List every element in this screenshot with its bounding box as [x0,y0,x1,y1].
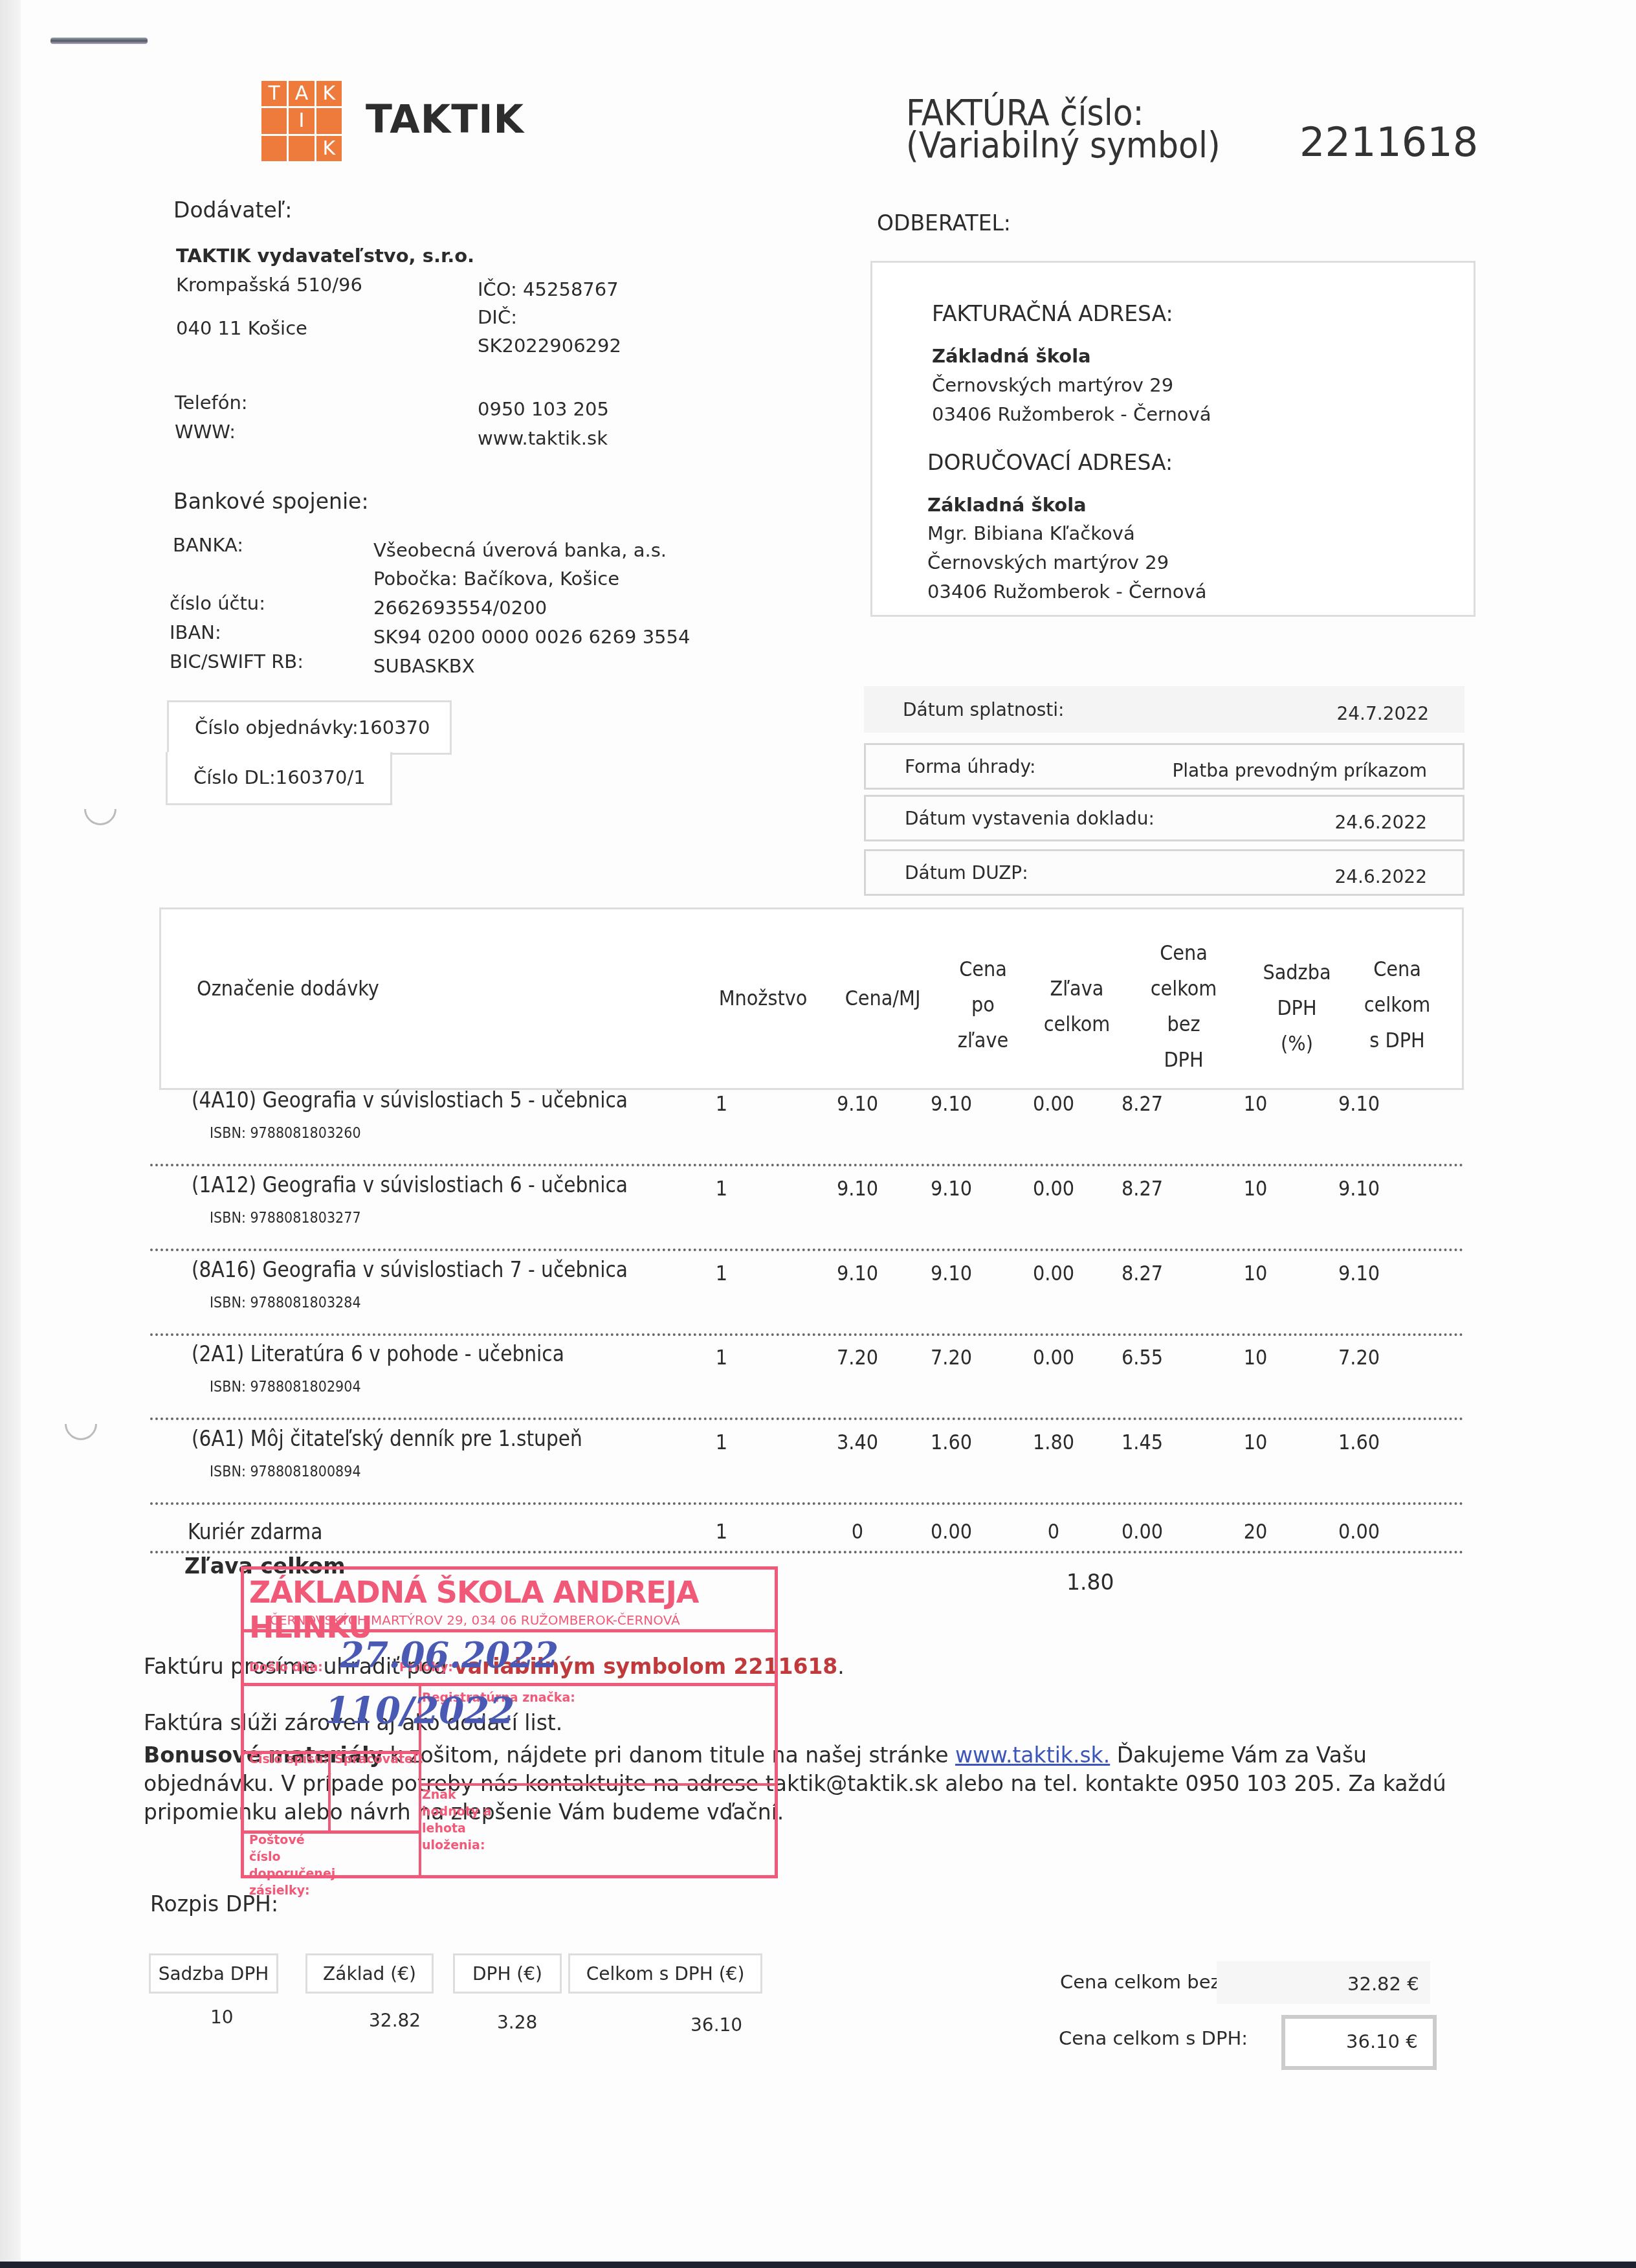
cell-qty: 1 [680,1261,764,1285]
logo-letter: A [289,81,314,106]
duzp-date-value: 24.6.2022 [1334,858,1427,887]
logo-letter [261,108,287,133]
account-number: 2662693554/0200 [373,597,547,619]
billing-name: Základná škola [932,345,1091,367]
delivery-person: Mgr. Bibiana Kľačková [927,522,1135,544]
cell-unit-price: 0 [815,1519,900,1544]
header-word: s DPH [1355,1023,1439,1058]
cell-qty: 1 [680,1091,764,1116]
items-table-header: Označenie dodávky Množstvo Cena/MJ Cena … [159,907,1464,1090]
cell-total-with-vat: 9.10 [1317,1176,1401,1201]
due-date-label: Dátum splatnosti: [903,699,1065,720]
order-number: Číslo objednávky:160370 [195,717,430,739]
cell-total-with-vat: 9.10 [1317,1261,1401,1285]
supplier-label: Dodávateľ: [173,197,292,223]
stamp-file-label: Číslo spisu: [249,1751,328,1768]
brand-name: TAKTIK [366,97,524,142]
duzp-date-label: Dátum DUZP: [905,862,1028,884]
scan-bottom-edge [0,2262,1636,2268]
cell-total-without-vat: 6.55 [1100,1345,1184,1370]
row-divider [150,1551,1464,1553]
cell-unit-price: 9.10 [815,1176,900,1201]
row-divider [150,1249,1464,1251]
punch-hole [58,1401,104,1447]
item-name: (6A1) Môj čitateľský denník pre 1.stupeň [192,1426,582,1451]
cell-vat-rate: 10 [1213,1345,1298,1370]
item-name: Kuriér zdarma [188,1519,322,1544]
supplier-city: 040 11 Košice [176,317,307,339]
cell-total-without-vat: 8.27 [1100,1261,1184,1285]
cell-unit-price: 9.10 [815,1091,900,1116]
stamp-postal-label: Poštové číslo doporučenej zásielky: [249,1832,327,1899]
supplier-ico: IČO: 45258767 [478,278,619,300]
header-word: DPH [1145,1042,1222,1078]
logo-letter [261,136,287,161]
supplier-phone: 0950 103 205 [478,398,609,420]
item-isbn: ISBN: 9788081803277 [210,1210,361,1227]
table-row: (2A1) Literatúra 6 v pohode - učebnicaIS… [150,1336,1464,1420]
scan-page-edge [0,0,21,2268]
bank-name: Všeobecná úverová banka, a.s. [373,539,667,561]
stamp-handler-label: Spracovateľ: [335,1751,424,1768]
cell-total-with-vat: 9.10 [1317,1091,1401,1116]
logo-letter: K [316,136,342,161]
issue-date-row: Dátum vystavenia dokladu: 24.6.2022 [864,795,1465,841]
cell-vat-rate: 10 [1213,1430,1298,1454]
col-header-total-without-vat: Cena celkom bez DPH [1145,935,1222,1078]
billing-address-label: FAKTURAČNÁ ADRESA: [932,301,1173,326]
cell-unit-price: 7.20 [815,1345,900,1370]
bank-branch: Pobočka: Bačíkova, Košice [373,568,619,590]
invoice-title: FAKTÚRA číslo: (Variabilný symbol) [906,97,1221,162]
item-name: (8A16) Geografia v súvislostiach 7 - uče… [192,1257,628,1282]
payment-method-label: Forma úhrady: [905,756,1036,777]
cell-price-after-discount: 7.20 [909,1345,993,1370]
item-isbn: ISBN: 9788081802904 [210,1379,361,1395]
header-word: bez [1145,1006,1222,1042]
cell-price-after-discount: 9.10 [909,1091,993,1116]
payment-method-value: Platba prevodným príkazom [1172,752,1427,781]
due-date-row: Dátum splatnosti: 24.7.2022 [864,686,1465,733]
iban-label: IBAN: [170,621,221,643]
stamp-address: ČERNOVSKÝCH MARTÝROV 29, 034 06 RUŽOMBER… [270,1612,680,1628]
cell-discount: 0 [1011,1519,1096,1544]
col-header-discount: Zľava celkom [1041,971,1112,1042]
delivery-address-label: DORUČOVACÍ ADRESA: [927,450,1173,475]
supplier-name: TAKTIK vydavateľstvo, s.r.o. [176,245,474,267]
col-header-price-after-discount: Cena po zľave [951,951,1015,1058]
item-name: (4A10) Geografia v súvislostiach 5 - uče… [192,1087,628,1113]
table-row: (1A12) Geografia v súvislostiach 6 - uče… [150,1167,1464,1251]
issue-date-label: Dátum vystavenia dokladu: [905,808,1155,829]
item-isbn: ISBN: 9788081803260 [210,1125,361,1142]
bank-section-label: Bankové spojenie: [173,489,369,514]
header-word: Cena [1355,951,1439,987]
cell-total-with-vat: 0.00 [1317,1519,1401,1544]
cell-price-after-discount: 9.10 [909,1176,993,1201]
taktik-logo: T A K I K [261,81,342,161]
payment-method-row: Forma úhrady: Platba prevodným príkazom [864,743,1465,790]
supplier-web: www.taktik.sk [478,427,608,449]
vat-header-base: Základ (€) [305,1953,434,1994]
col-header-total-with-vat: Cena celkom s DPH [1355,951,1439,1058]
invoice-title-line2: (Variabilný symbol) [906,129,1221,162]
table-row: (4A10) Geografia v súvislostiach 5 - uče… [150,1082,1464,1166]
website-link[interactable]: www.taktik.sk. [955,1742,1110,1768]
header-word: Cena [1145,935,1222,971]
cell-vat-rate: 20 [1213,1519,1298,1544]
logo-letter: T [261,81,287,106]
header-word: po [951,987,1015,1023]
cell-vat-rate: 10 [1213,1261,1298,1285]
col-header-unit-price: Cena/MJ [841,981,925,1016]
cell-vat-rate: 10 [1213,1091,1298,1116]
cell-discount: 0.00 [1011,1091,1096,1116]
cell-discount: 0.00 [1011,1176,1096,1201]
phone-label: Telefón: [175,392,248,414]
row-divider [150,1417,1464,1420]
header-word: DPH [1258,990,1336,1026]
order-number-box: Číslo objednávky:160370 [167,700,452,755]
vat-header-vat: DPH (€) [453,1953,562,1994]
col-header-vat-rate: Sadzba DPH (%) [1258,955,1336,1062]
header-word: celkom [1041,1006,1112,1042]
stamp-value-sign-label: Znak hodnoty a lehota uloženia: [422,1786,500,1854]
cell-total-without-vat: 8.27 [1100,1091,1184,1116]
iban: SK94 0200 0000 0026 6269 3554 [373,626,690,648]
bic-label: BIC/SWIFT RB: [170,650,304,673]
cell-qty: 1 [680,1430,764,1454]
staple [50,38,148,44]
stamp-received-label: Došlo dňa: [249,1659,323,1676]
item-name: (2A1) Literatúra 6 v pohode - učebnica [192,1341,564,1366]
web-label: WWW: [175,421,236,443]
logo-letter: I [289,108,314,133]
cell-total-with-vat: 1.60 [1317,1430,1401,1454]
delivery-city: 03406 Ružomberok - Černová [927,581,1206,603]
due-date-value: 24.7.2022 [1336,695,1429,724]
registry-stamp: ZÁKLADNÁ ŠKOLA ANDREJA HLINKU ČERNOVSKÝC… [241,1566,778,1878]
bonus-text: Ďakujeme Vám za Vašu [1110,1742,1367,1768]
delivery-street: Černovských martýrov 29 [927,551,1169,573]
header-word: celkom [1145,971,1222,1006]
invoice-number: 2211618 [1299,118,1478,166]
cell-total-without-vat: 8.27 [1100,1176,1184,1201]
delivery-note-number: Číslo DL:160370/1 [193,766,366,788]
bank-label: BANKA: [173,534,243,556]
account-label: číslo účtu: [170,592,265,614]
supplier-dic: SK2022906292 [478,335,621,357]
cell-unit-price: 9.10 [815,1261,900,1285]
cell-discount: 0.00 [1011,1345,1096,1370]
cell-total-without-vat: 0.00 [1100,1519,1184,1544]
vat-header-total: Celkom s DPH (€) [568,1953,762,1994]
header-word: celkom [1355,987,1439,1023]
vat-base-value: 32.82 [369,2010,421,2031]
table-row: (8A16) Geografia v súvislostiach 7 - uče… [150,1252,1464,1336]
handwritten-received-date: 27.06.2022 [340,1634,558,1676]
billing-street: Černovských martýrov 29 [932,374,1173,396]
cell-price-after-discount: 0.00 [909,1519,993,1544]
total-without-vat-value: 32.82 € [1347,1973,1419,1995]
cell-total-without-vat: 1.45 [1100,1430,1184,1454]
col-header-name: Označenie dodávky [197,971,379,1006]
logo-letter: K [316,81,342,106]
cell-price-after-discount: 1.60 [909,1430,993,1454]
item-isbn: ISBN: 9788081803284 [210,1295,361,1311]
punch-hole [78,786,124,832]
col-header-qty: Množstvo [718,981,808,1016]
item-name: (1A12) Geografia v súvislostiach 6 - uče… [192,1172,628,1197]
delivery-name: Základná škola [927,494,1087,516]
cell-total-with-vat: 7.20 [1317,1345,1401,1370]
cell-vat-rate: 10 [1213,1176,1298,1201]
cell-qty: 1 [680,1176,764,1201]
cell-discount: 0.00 [1011,1261,1096,1285]
header-word: (%) [1258,1026,1336,1062]
supplier-street: Krompašská 510/96 [176,274,362,296]
total-with-vat-label: Cena celkom s DPH: [1059,2027,1248,2049]
table-row: Kuriér zdarma100.0000.00200.00 [150,1505,1464,1553]
delivery-note-box: Číslo DL:160370/1 [166,752,392,805]
logo-letter [289,136,314,161]
cell-qty: 1 [680,1519,764,1544]
handwritten-number: 110/2022 [325,1689,514,1732]
discount-total-value: 1.80 [1067,1570,1114,1595]
vat-amount-value: 3.28 [497,2012,537,2033]
total-with-vat-value: 36.10 € [1346,2030,1418,2052]
item-isbn: ISBN: 9788081800894 [210,1463,361,1480]
table-row: (6A1) Môj čitateľský denník pre 1.stupeň… [150,1421,1464,1505]
payment-note-suffix: . [837,1654,845,1679]
vat-summary-label: Rozpis DPH: [150,1891,278,1917]
vat-rate-value: 10 [210,2007,234,2028]
bic: SUBASKBX [373,655,475,677]
header-word: Sadzba [1258,955,1336,990]
cell-price-after-discount: 9.10 [909,1261,993,1285]
supplier-dic-label: DIČ: [478,306,517,328]
customer-label: ODBERATEL: [877,210,1011,236]
cell-unit-price: 3.40 [815,1430,900,1454]
header-word: zľave [951,1023,1015,1058]
cell-discount: 1.80 [1011,1430,1096,1454]
issue-date-value: 24.6.2022 [1334,804,1427,833]
header-word: Cena [951,951,1015,987]
billing-city: 03406 Ružomberok - Černová [932,403,1211,425]
logo-letter [316,108,342,133]
vat-header-rate: Sadzba DPH [149,1953,278,1994]
duzp-date-row: Dátum DUZP: 24.6.2022 [864,849,1465,896]
row-divider [150,1164,1464,1166]
vat-total-value: 36.10 [691,2014,742,2036]
header-word: Zľava [1041,971,1112,1006]
cell-qty: 1 [680,1345,764,1370]
